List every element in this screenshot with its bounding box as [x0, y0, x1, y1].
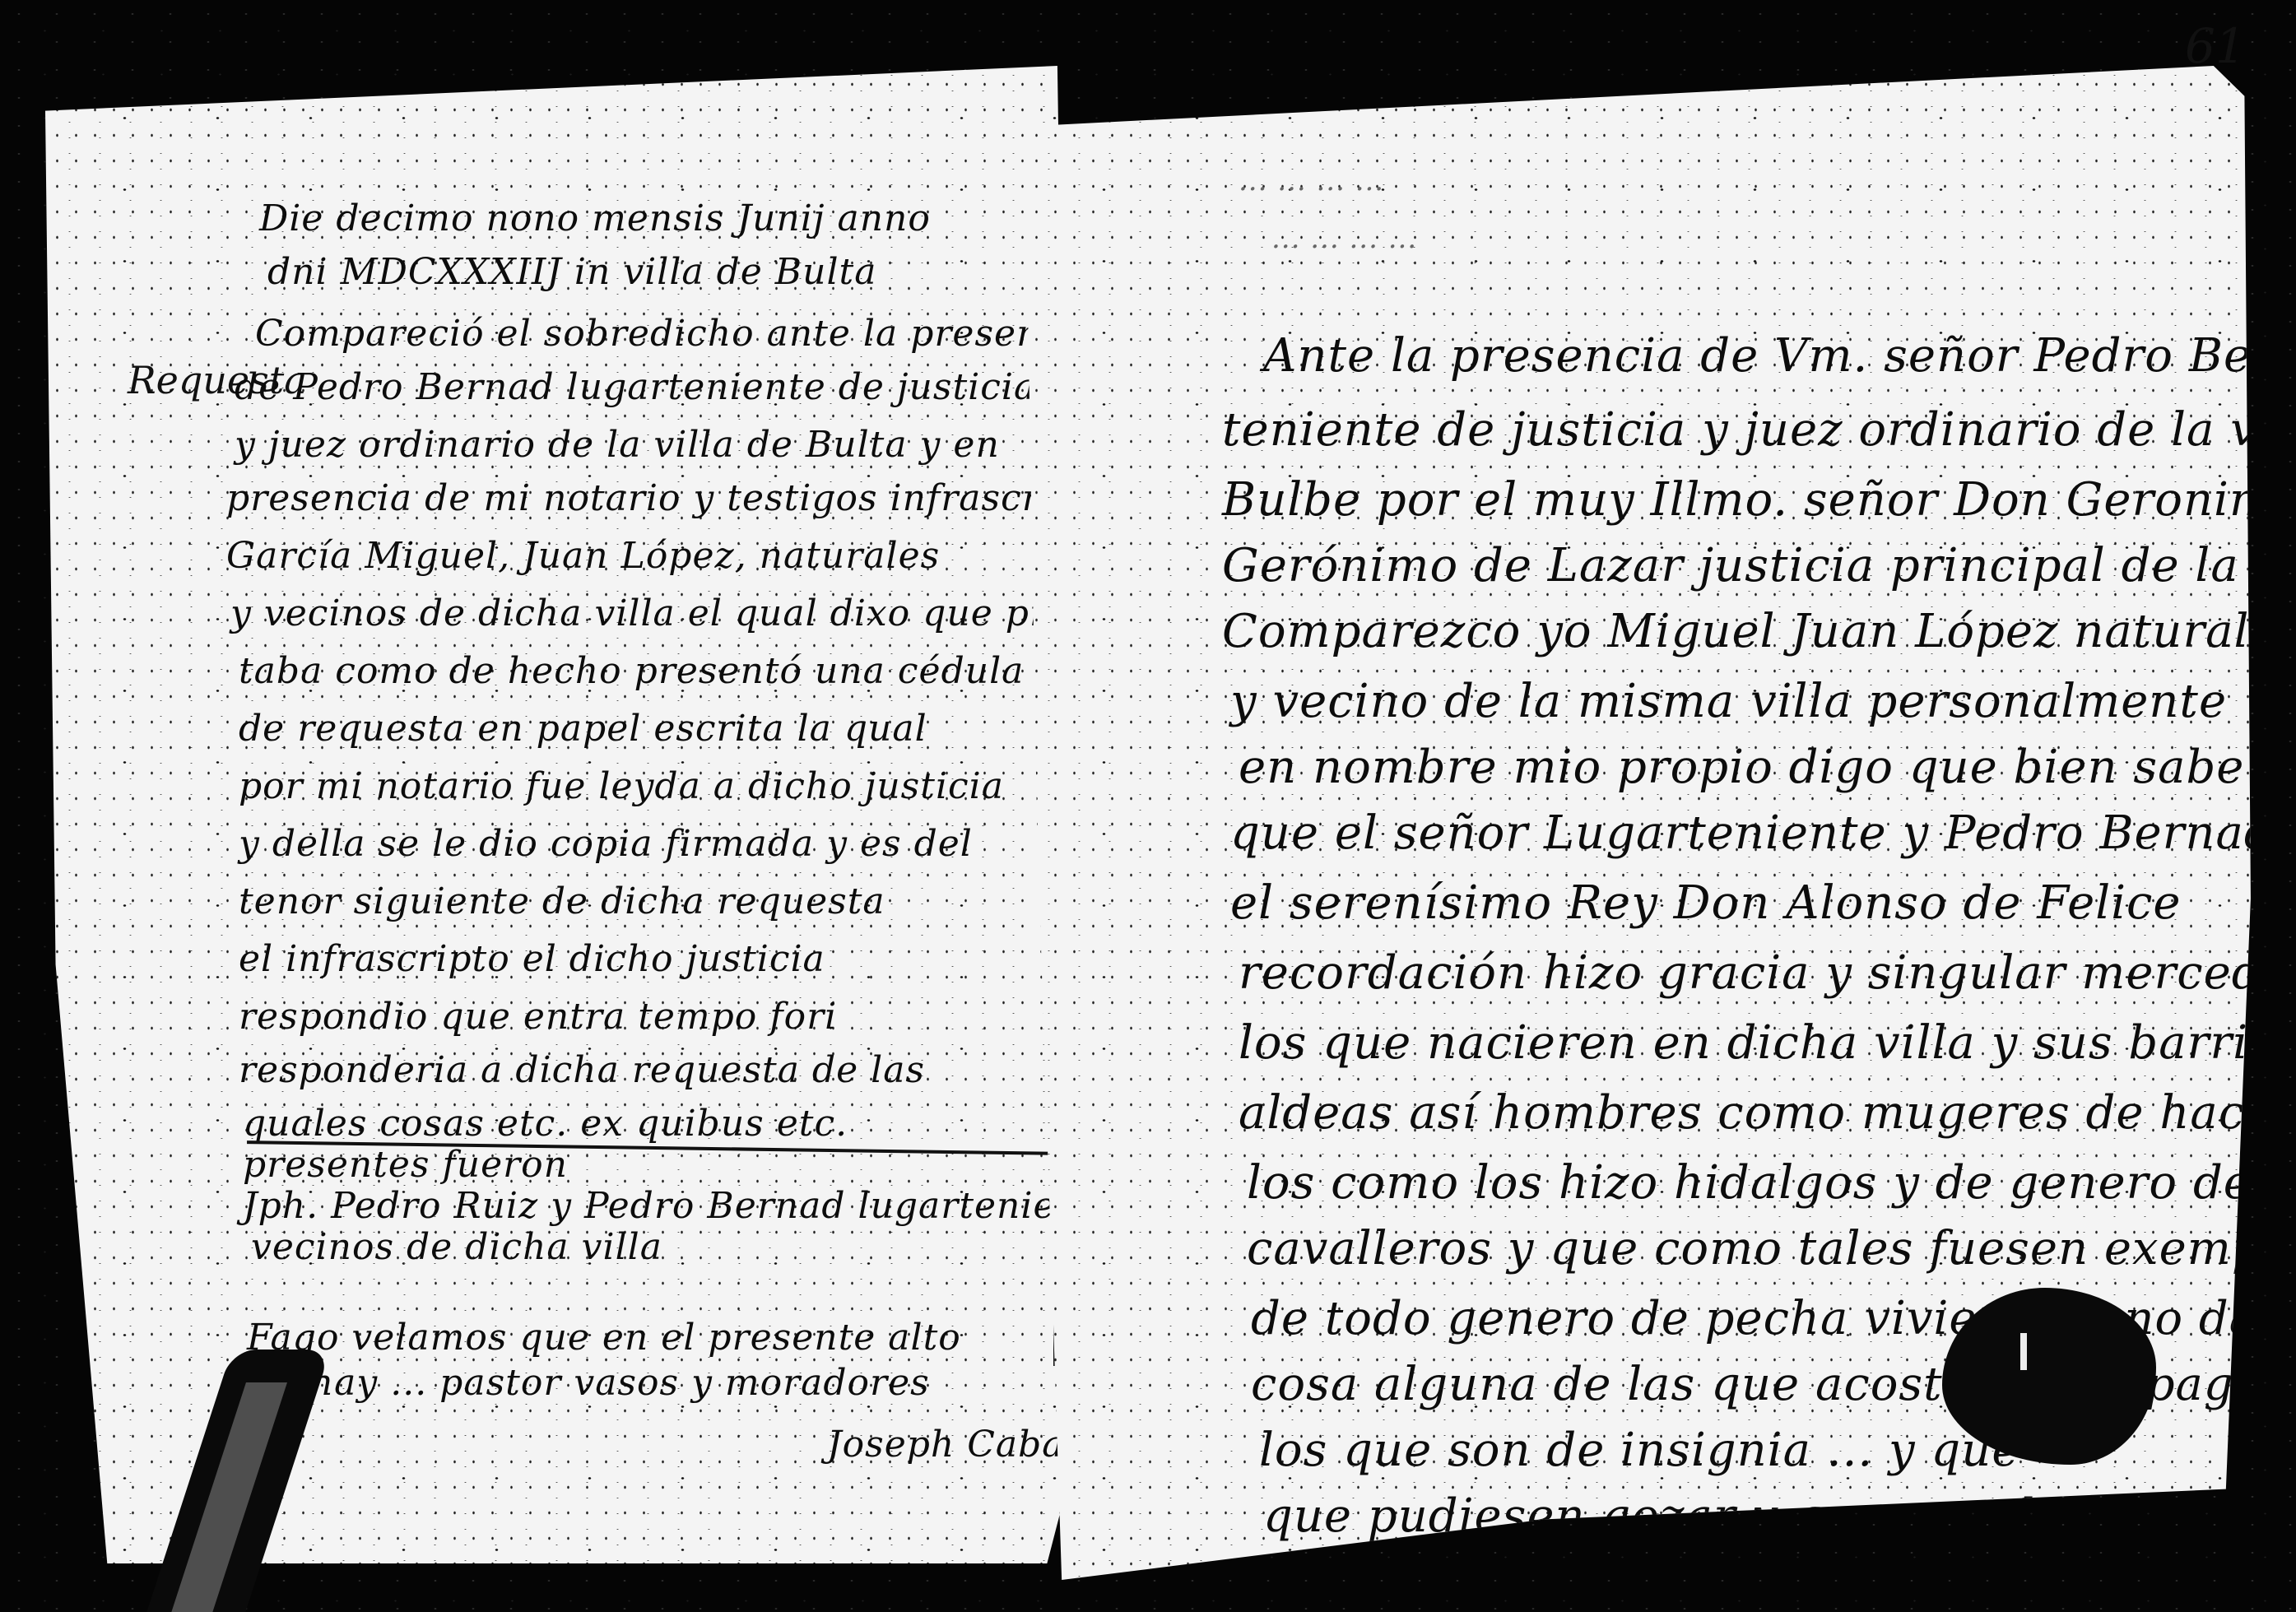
manuscript-line: teniente de justicia y juez ordinario de…	[1222, 403, 2296, 457]
manuscript-line: por mi notario fue leyda a dicho justici…	[239, 765, 1004, 807]
manuscript-line: quales cosas etc. ex quibus etc.	[243, 1103, 848, 1145]
manuscript-line: aldeas así hombres como mugeres de hacer	[1239, 1086, 2296, 1140]
manuscript-line: los que son de insignia ... y que	[1259, 1424, 2019, 1477]
manuscript-line: los que nacieren en dicha villa y sus ba…	[1239, 1016, 2296, 1070]
manuscript-line: taba como de hecho presentó una cédula	[239, 650, 1024, 692]
manuscript-line: cavalleros y que como tales fuesen exemp…	[1247, 1222, 2296, 1275]
wax-seal	[1942, 1288, 2156, 1465]
manuscript-line: y vecino de la misma villa personalmente	[1230, 675, 2227, 728]
manuscript-line: respondio que entra tempo fori	[239, 996, 837, 1038]
manuscript-line: dni MDCXXXIIJ in villa de Bulta	[267, 251, 876, 293]
manuscript-line: y juez ordinario de la villa de Bulta y …	[235, 424, 1000, 466]
manuscript-line: en nombre mio propio digo que bien sabe …	[1239, 741, 2296, 794]
folio-number: 61	[2185, 18, 2246, 74]
manuscript-line: Die decimo nono mensis Junij anno	[259, 197, 931, 239]
manuscript-line: responderia a dicha requesta de las	[239, 1049, 925, 1091]
manuscript-line: de requesta en papel escrita la qual	[239, 708, 927, 750]
manuscript-line: y della se le dio copia firmada y es del	[239, 823, 973, 865]
manuscript-line: Comparezco yo Miguel Juan López natural	[1222, 605, 2249, 658]
faint-header-line: ... ... ... ...	[1271, 222, 1417, 255]
manuscript-line: que pudiesen gozar y gozasen de todo los…	[1263, 1489, 2296, 1543]
manuscript-line: recordación hizo gracia y singular merce…	[1239, 946, 2296, 1000]
manuscript-line: García Miguel, Juan López, naturales	[226, 535, 940, 577]
manuscript-line: tenor siguiente de dicha requesta	[239, 880, 885, 922]
faint-header-line: ... ... ... ...	[1239, 165, 1384, 197]
footer-line: Fago velamos que en el presente alto	[247, 1317, 961, 1359]
manuscript-line: el infrascripto el dicho justicia	[239, 938, 825, 980]
manuscript-line: Ante la presencia de Vm. señor Pedro Ber…	[1263, 329, 2296, 383]
footer-line: no hay ... pastor vasos y moradores	[251, 1362, 930, 1404]
manuscript-line: presencia de mi notario y testigos infra…	[226, 477, 1134, 519]
manuscript-line: de Pedro Bernad lugarteniente de justici…	[235, 366, 1036, 408]
manuscript-line: Gerónimo de Lazar justicia principal de …	[1222, 539, 2296, 592]
manuscript-line: presentes fueron	[243, 1144, 568, 1186]
manuscript-line: Compareció el sobredicho ante la presenc…	[255, 313, 1096, 355]
manuscript-line: Bulbe por el muy Illmo. señor Don Geroni…	[1222, 473, 2296, 527]
manuscript-line: Jph. Pedro Ruiz y Pedro Bernad lugarteni…	[243, 1185, 1118, 1227]
manuscript-line: el serenísimo Rey Don Alonso de Felice	[1230, 876, 2182, 930]
manuscript-line: que el señor Lugarteniente y Pedro Berna…	[1230, 806, 2296, 860]
manuscript-line: vecinos de dicha villa	[251, 1226, 662, 1268]
manuscript-line: los como los hizo hidalgos y de genero d…	[1247, 1156, 2252, 1210]
left-manuscript-page: Requesta Die decimo nono mensis Junij an…	[45, 66, 1078, 1563]
manuscript-line: y vecinos de dicha villa el qual dixo qu…	[230, 592, 1149, 634]
